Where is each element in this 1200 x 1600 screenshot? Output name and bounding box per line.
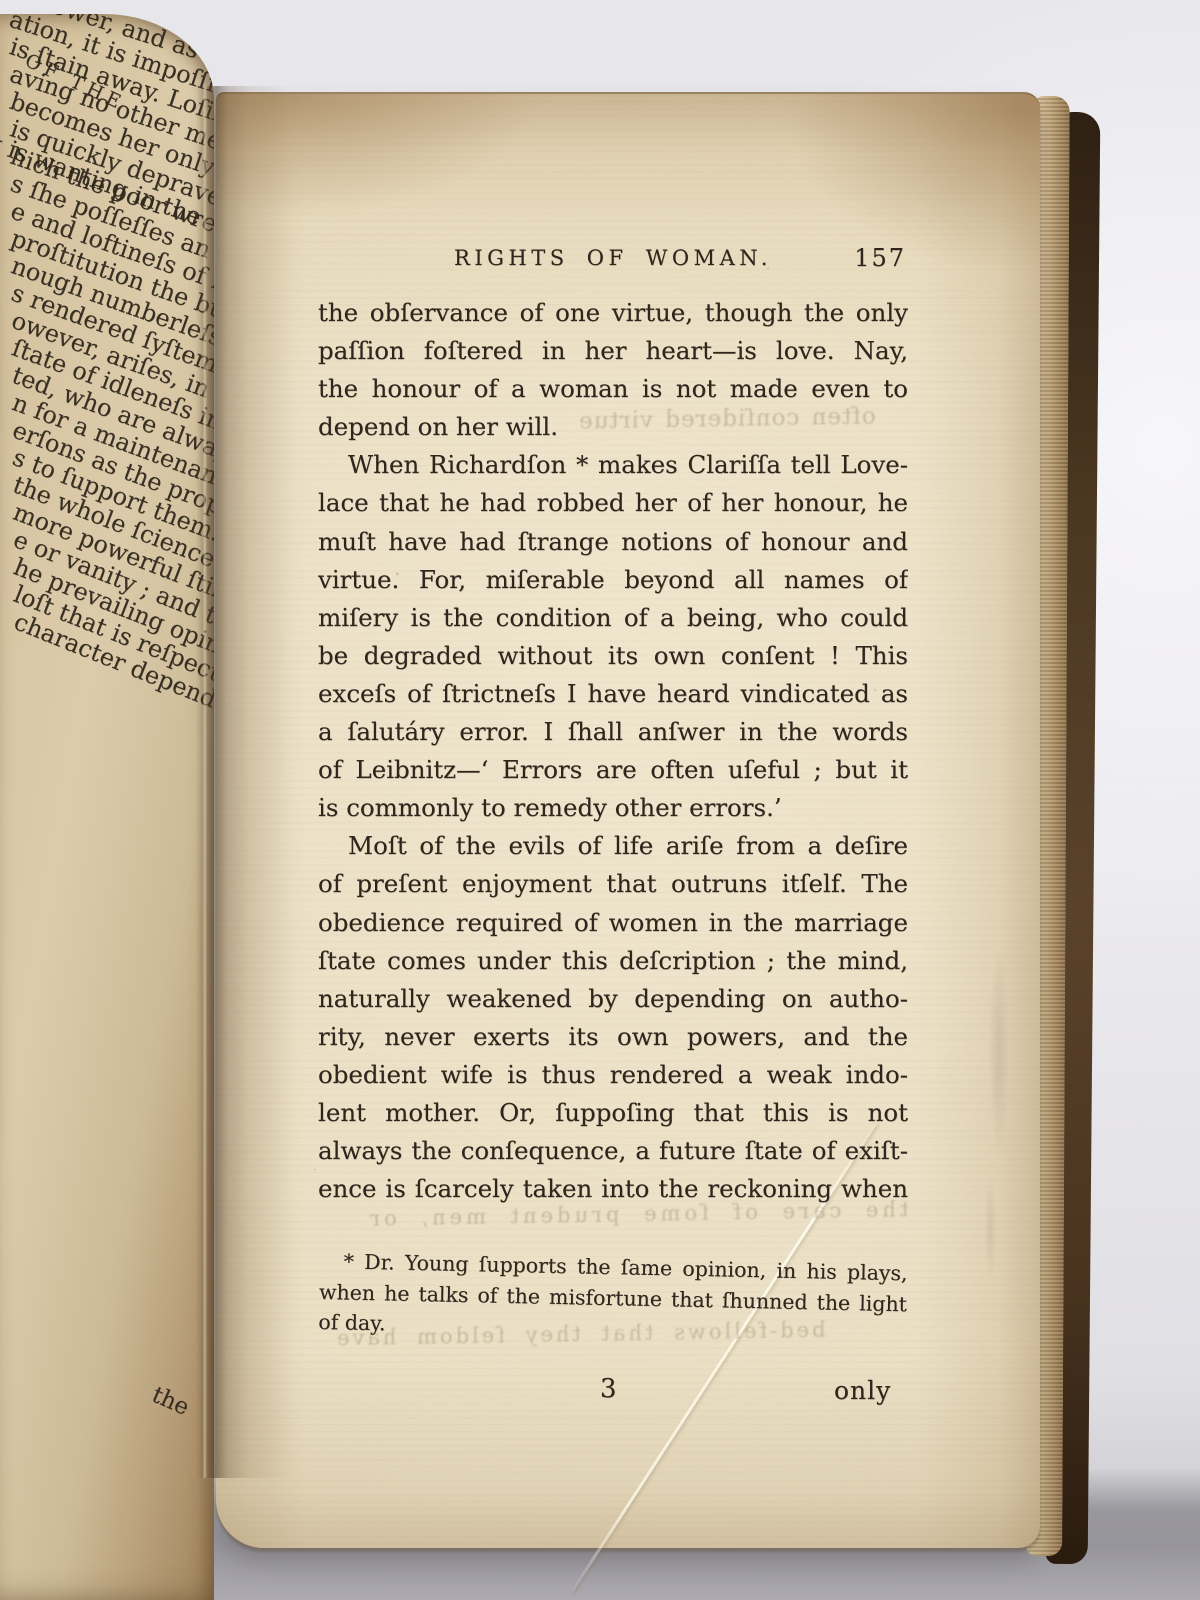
text-line: lace that he had robbed her of her honou… [318,484,908,522]
text-line: of Leibnitz—‘ Errors are often uſeful ; … [318,751,908,789]
left-page: OF THE at is wanting in the the oft her … [0,14,214,1600]
page-number: 157 [854,244,906,272]
photo-backdrop: { "right_page": { "running_title": "RIGH… [0,0,1200,1600]
signature-mark: 3 [600,1374,617,1404]
text-line: lent mother. Or, ſuppoſing that this is … [318,1094,908,1132]
text-line: Moſt of the evils of life ariſe from a d… [318,827,908,865]
text-line: muſt have had ſtrange notions of honour … [318,523,908,561]
text-line: always the conſequence, a future ſtate o… [318,1132,908,1170]
running-header: RIGHTS OF WOMAN. 157 [318,246,908,280]
text-line: virtue. For, miſerable beyond all names … [318,561,908,599]
text-line: the obſervance of one virtue, though the… [318,294,908,332]
text-line: ſtate comes under this deſcription ; the… [318,942,908,980]
text-line: miſery is the condition of a being, who … [318,599,908,637]
text-line: a ſalutáry error. I ſhall anſwer in the … [318,713,908,751]
left-page-catchword: the [148,1382,193,1421]
catchword: only [834,1376,891,1405]
text-line: rity, never exerts its own powers, and t… [318,1018,908,1056]
text-line: obedience required of women in the marri… [318,904,908,942]
right-page: RIGHTS OF WOMAN. 157 the obſervance of o… [216,92,1040,1548]
text-line: When Richardſon * makes Clariſſa tell Lo… [318,446,908,484]
text-line: naturally weakened by depending on autho… [318,980,908,1018]
text-line: is commonly to remedy other errors.’ [318,789,908,827]
text-line: be degraded without its own conſent ! Th… [318,637,908,675]
text-line: exceſs of ſtrictneſs I have heard vindic… [318,675,908,713]
text-line: paſſion foſtered in her heart—is love. N… [318,332,908,370]
bleedthrough-text: often conſidered virtue [578,403,876,434]
text-line: the honour of a woman is not made even t… [318,370,908,408]
text-line: of preſent enjoyment that outruns itſelf… [318,865,908,903]
text-line: obedient wife is thus rendered a weak in… [318,1056,908,1094]
running-header-title: RIGHTS OF WOMAN. [318,246,908,270]
